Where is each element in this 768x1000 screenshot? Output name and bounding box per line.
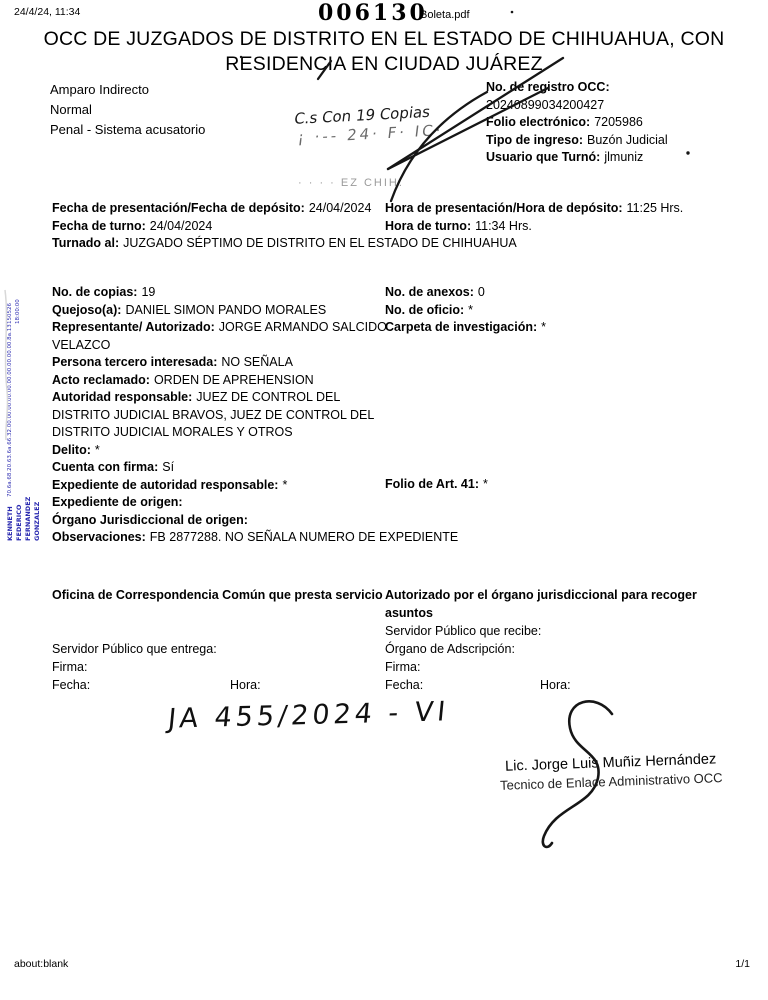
hora-entrega-label: Hora: bbox=[230, 676, 261, 694]
print-header-filename: Boleta.pdf bbox=[420, 9, 470, 21]
cuenta-con-firma-label: Cuenta con firma: bbox=[52, 460, 158, 474]
fecha-presentacion-value: 24/04/2024 bbox=[309, 201, 372, 215]
num-anexos-value: 0 bbox=[478, 285, 485, 299]
print-footer-url: about:blank bbox=[14, 958, 68, 970]
fecha-entrega-label: Fecha: bbox=[52, 678, 90, 692]
usuario-turno-label: Usuario que Turnó: bbox=[486, 150, 600, 164]
delito-value: * bbox=[95, 443, 100, 457]
firma-recibe-label: Firma: bbox=[385, 658, 745, 676]
tercero-interesada-value: NO SEÑALA bbox=[221, 355, 293, 369]
fecha-presentacion-label: Fecha de presentación/Fecha de depósito: bbox=[52, 201, 305, 215]
dates-left-column: Fecha de presentación/Fecha de depósito:… bbox=[52, 200, 402, 253]
signature-block: Lic. Jorge Luis Muñiz Hernández Tecnico … bbox=[465, 749, 756, 795]
usuario-turno-value: jlmuniz bbox=[604, 150, 643, 164]
fecha-turno-value: 24/04/2024 bbox=[150, 219, 213, 233]
boleta-print-preview-page: { "print_header": { "datetime": "24/4/24… bbox=[0, 0, 768, 1000]
acto-reclamado-value: ORDEN DE APREHENSION bbox=[154, 373, 314, 387]
num-copias-value: 19 bbox=[141, 285, 155, 299]
hora-presentacion-label: Hora de presentación/Hora de depósito: bbox=[385, 201, 623, 215]
representante-label: Representante/ Autorizado: bbox=[52, 320, 215, 334]
num-oficio-value: * bbox=[468, 303, 473, 317]
spacer bbox=[52, 604, 392, 640]
print-header-datetime: 24/4/24, 11:34 bbox=[14, 6, 80, 18]
case-type-line: Amparo Indirecto bbox=[50, 80, 205, 100]
hora-recibe-label: Hora: bbox=[540, 676, 571, 694]
fecha-recibe-label: Fecha: bbox=[385, 678, 423, 692]
num-oficio-label: No. de oficio: bbox=[385, 303, 464, 317]
quejoso-value: DANIEL SIMON PANDO MORALES bbox=[125, 303, 326, 317]
expediente-autoridad-label: Expediente de autoridad responsable: bbox=[52, 478, 278, 492]
handwritten-case-number: JA 455/2024 - VI bbox=[167, 696, 451, 734]
authorized-pickup-header: Autorizado por el órgano jurisdiccional … bbox=[385, 586, 741, 622]
hora-turno-value: 11:34 Hrs. bbox=[475, 219, 532, 233]
turnado-al-value: JUZGADO SÉPTIMO DE DISTRITO EN EL ESTADO… bbox=[123, 236, 517, 250]
tercero-interesada-label: Persona tercero interesada: bbox=[52, 355, 217, 369]
servidor-entrega-label: Servidor Público que entrega: bbox=[52, 640, 392, 658]
digital-signature-name: KENNETH FEDERICO FERNANDEZ GONZALEZ bbox=[6, 497, 42, 541]
print-footer-page-number: 1/1 bbox=[690, 958, 750, 970]
handwritten-annotation: C.s Con 19 Copias ¡ ·-- 24· F· IC· bbox=[291, 102, 447, 148]
observaciones-label: Observaciones: bbox=[52, 530, 146, 544]
folio-electronico-label: Folio electrónico: bbox=[486, 115, 590, 129]
digital-signature-timestamp: 150526 18:00:00 bbox=[6, 299, 42, 324]
expediente-autoridad-value: * bbox=[282, 478, 287, 492]
turnado-al-label: Turnado al: bbox=[52, 236, 119, 250]
ink-stamp-fragment: · · · · EZ CHIH. bbox=[298, 177, 404, 189]
quejoso-label: Quejoso(a): bbox=[52, 303, 121, 317]
case-type-line: Normal bbox=[50, 100, 205, 120]
expediente-origen-label: Expediente de origen: bbox=[52, 495, 183, 509]
dates-right-column: Hora de presentación/Hora de depósito:11… bbox=[385, 200, 745, 235]
carpeta-investigacion-value: * bbox=[541, 320, 546, 334]
correspondence-office-column: Oficina de Correspondencia Común que pre… bbox=[52, 586, 392, 694]
registro-occ-value: 20240899034200427 bbox=[486, 97, 754, 115]
authorized-pickup-column: Autorizado por el órgano jurisdiccional … bbox=[385, 586, 745, 694]
case-type-block: Amparo Indirecto Normal Penal - Sistema … bbox=[50, 80, 205, 140]
case-details-right-column: No. de anexos:0 No. de oficio:* Carpeta … bbox=[385, 284, 745, 337]
folio-art41-label: Folio de Art. 41: bbox=[385, 477, 479, 491]
organo-origen-label: Órgano Jurisdiccional de origen: bbox=[52, 513, 248, 527]
num-anexos-label: No. de anexos: bbox=[385, 285, 474, 299]
folio-art41-value: * bbox=[483, 477, 488, 491]
num-copias-label: No. de copias: bbox=[52, 285, 137, 299]
correspondence-office-header: Oficina de Correspondencia Común que pre… bbox=[52, 586, 392, 604]
delito-label: Delito: bbox=[52, 443, 91, 457]
hora-turno-label: Hora de turno: bbox=[385, 219, 471, 233]
folio-stamp-number: 006130 bbox=[318, 0, 428, 26]
observaciones-value: FB 2877288. NO SEÑALA NUMERO DE EXPEDIEN… bbox=[150, 530, 458, 544]
registro-occ-label: No. de registro OCC: bbox=[486, 80, 610, 94]
organo-adscripcion-label: Órgano de Adscripción: bbox=[385, 640, 745, 658]
tipo-ingreso-value: Buzón Judicial bbox=[587, 133, 668, 147]
ink-speck bbox=[511, 11, 514, 14]
document-title: OCC DE JUZGADOS DE DISTRITO EN EL ESTADO… bbox=[34, 27, 734, 77]
tipo-ingreso-label: Tipo de ingreso: bbox=[486, 133, 583, 147]
case-details-left-column: No. de copias:19 Quejoso(a):DANIEL SIMON… bbox=[52, 284, 390, 547]
case-type-line: Penal - Sistema acusatorio bbox=[50, 120, 205, 140]
autoridad-responsable-label: Autoridad responsable: bbox=[52, 390, 192, 404]
digital-signature-serial: 70.6a.68.20.63.6a.66.32.00.00.00.00.00.0… bbox=[6, 324, 42, 497]
cuenta-con-firma-value: Sí bbox=[162, 460, 174, 474]
servidor-recibe-label: Servidor Público que recibe: bbox=[385, 622, 745, 640]
hora-presentacion-value: 11:25 Hrs. bbox=[627, 201, 684, 215]
acto-reclamado-label: Acto reclamado: bbox=[52, 373, 150, 387]
folio-art41-row: Folio de Art. 41:* bbox=[385, 476, 488, 494]
digital-signature-strip: KENNETH FEDERICO FERNANDEZ GONZALEZ 70.6… bbox=[6, 356, 42, 541]
fecha-turno-label: Fecha de turno: bbox=[52, 219, 146, 233]
registry-block: No. de registro OCC: 20240899034200427 F… bbox=[486, 79, 754, 167]
folio-electronico-value: 7205986 bbox=[594, 115, 643, 129]
firma-entrega-label: Firma: bbox=[52, 658, 392, 676]
carpeta-investigacion-label: Carpeta de investigación: bbox=[385, 320, 537, 334]
